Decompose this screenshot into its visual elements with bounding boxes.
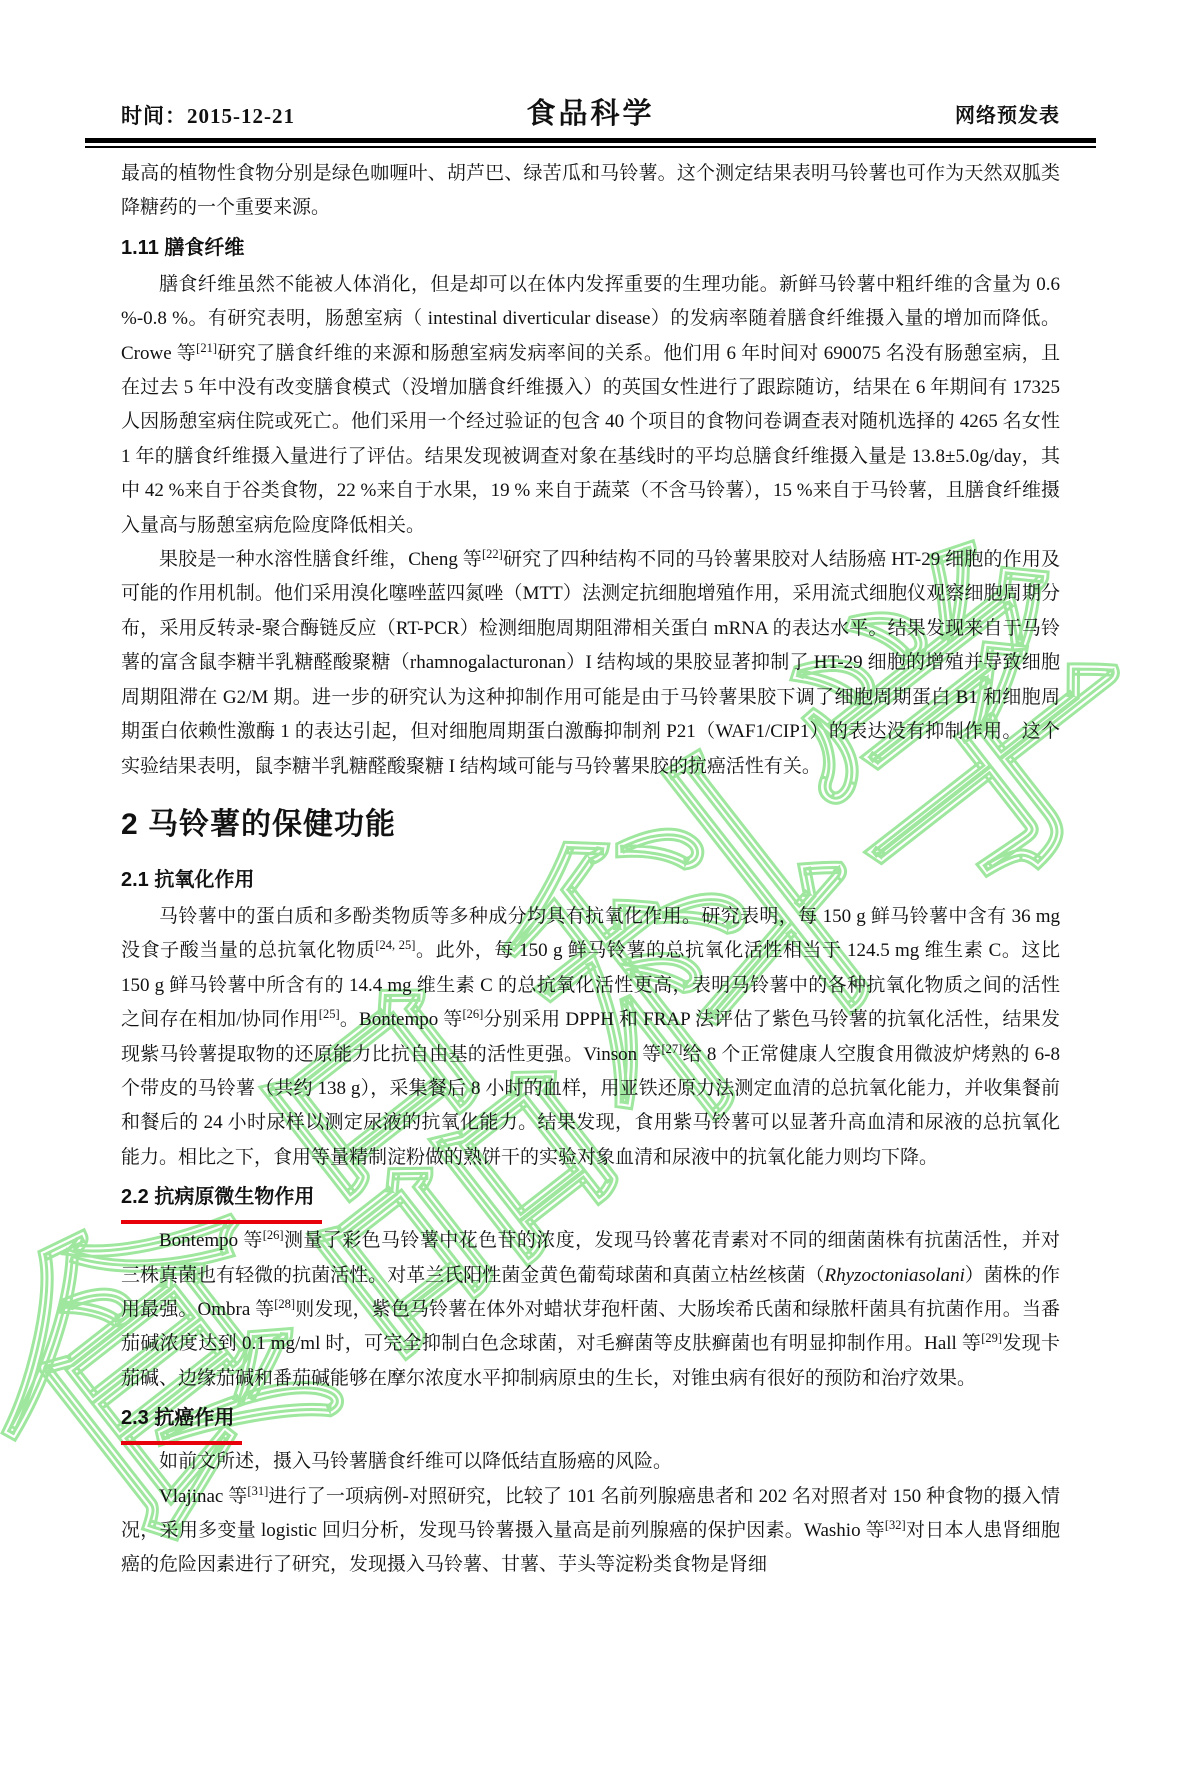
journal-title: 食品科学 xyxy=(526,91,654,132)
paragraph-dietary-fiber: 膳食纤维虽然不能被人体消化，但是却可以在体内发挥重要的生理功能。新鲜马铃薯中粗纤… xyxy=(121,268,1060,543)
section-heading-2-3: 2.3 抗癌作用 xyxy=(121,1398,1060,1445)
section-heading-1-11: 1.11 膳食纤维 xyxy=(121,228,1060,268)
text-segment: Bontempo 等 xyxy=(159,1230,263,1251)
section-heading-2-2: 2.2 抗病原微生物作用 xyxy=(121,1177,1060,1224)
text-segment: 研究了膳食纤维的来源和肠憩室病发病率间的关系。他们用 6 年时间对 690075… xyxy=(121,343,1060,536)
header-date: 时间：2015-12-21 xyxy=(121,100,295,130)
citation-ref-26: [26] xyxy=(462,1007,483,1021)
citation-ref-24-25: [24, 25] xyxy=(375,938,415,952)
paragraph-colorectal: 如前文所述，摄入马铃薯膳食纤维可以降低结直肠癌的风险。 xyxy=(121,1445,1060,1479)
paragraph-case-control: Vlajinac 等[31]进行了一项病例-对照研究，比较了 101 名前列腺癌… xyxy=(121,1480,1060,1583)
paragraph-intro-continued: 最高的植物性食物分别是绿色咖喱叶、胡芦巴、绿苦瓜和马铃薯。这个测定结果表明马铃薯… xyxy=(121,157,1060,226)
citation-ref-31: [31] xyxy=(247,1484,268,1498)
paragraph-pectin: 果胶是一种水溶性膳食纤维，Cheng 等[22]研究了四种结构不同的马铃薯果胶对… xyxy=(121,543,1060,784)
citation-ref-29: [29] xyxy=(981,1331,1002,1345)
page-header: 时间：2015-12-21 食品科学 网络预发表 xyxy=(121,96,1060,132)
text-segment: 研究了四种结构不同的马铃薯果胶对人结肠癌 HT-29 细胞的作用及可能的作用机制… xyxy=(121,549,1060,776)
section-heading-2: 2 马铃薯的保健功能 xyxy=(121,802,1060,848)
header-rule-thin xyxy=(85,146,1096,148)
article-body: 最高的植物性食物分别是绿色咖喱叶、胡芦巴、绿苦瓜和马铃薯。这个测定结果表明马铃薯… xyxy=(121,157,1060,1583)
text-segment: 果胶是一种水溶性膳食纤维，Cheng 等 xyxy=(159,549,482,570)
citation-ref-26b: [26] xyxy=(263,1228,284,1242)
species-name-italic: Rhyzoctoniasolani xyxy=(825,1265,965,1286)
paragraph-antioxidant: 马铃薯中的蛋白质和多酚类物质等多种成分均具有抗氧化作用。研究表明，每 150 g… xyxy=(121,900,1060,1175)
preprint-badge: 网络预发表 xyxy=(955,99,1060,128)
citation-ref-25: [25] xyxy=(319,1007,340,1021)
red-underlined-title: 2.3 抗癌作用 xyxy=(121,1398,242,1445)
citation-ref-21: [21] xyxy=(196,341,217,355)
citation-ref-22: [22] xyxy=(482,547,503,561)
section-heading-2-1: 2.1 抗氧化作用 xyxy=(121,860,1060,900)
text-segment: Vlajinac 等 xyxy=(159,1486,247,1507)
citation-ref-27: [27] xyxy=(661,1042,682,1056)
header-rule-thick xyxy=(85,138,1096,143)
text-segment: 。Bontempo 等 xyxy=(340,1009,463,1030)
document-page: 食品科学 时间：2015-12-21 食品科学 网络预发表 最高的植物性食物分别… xyxy=(0,0,1181,1768)
citation-ref-32: [32] xyxy=(885,1518,906,1532)
paragraph-antimicrobial: Bontempo 等[26]测量了彩色马铃薯中花色苷的浓度，发现马铃薯花青素对不… xyxy=(121,1224,1060,1396)
citation-ref-28: [28] xyxy=(274,1297,295,1311)
red-underlined-title: 2.2 抗病原微生物作用 xyxy=(121,1177,322,1224)
